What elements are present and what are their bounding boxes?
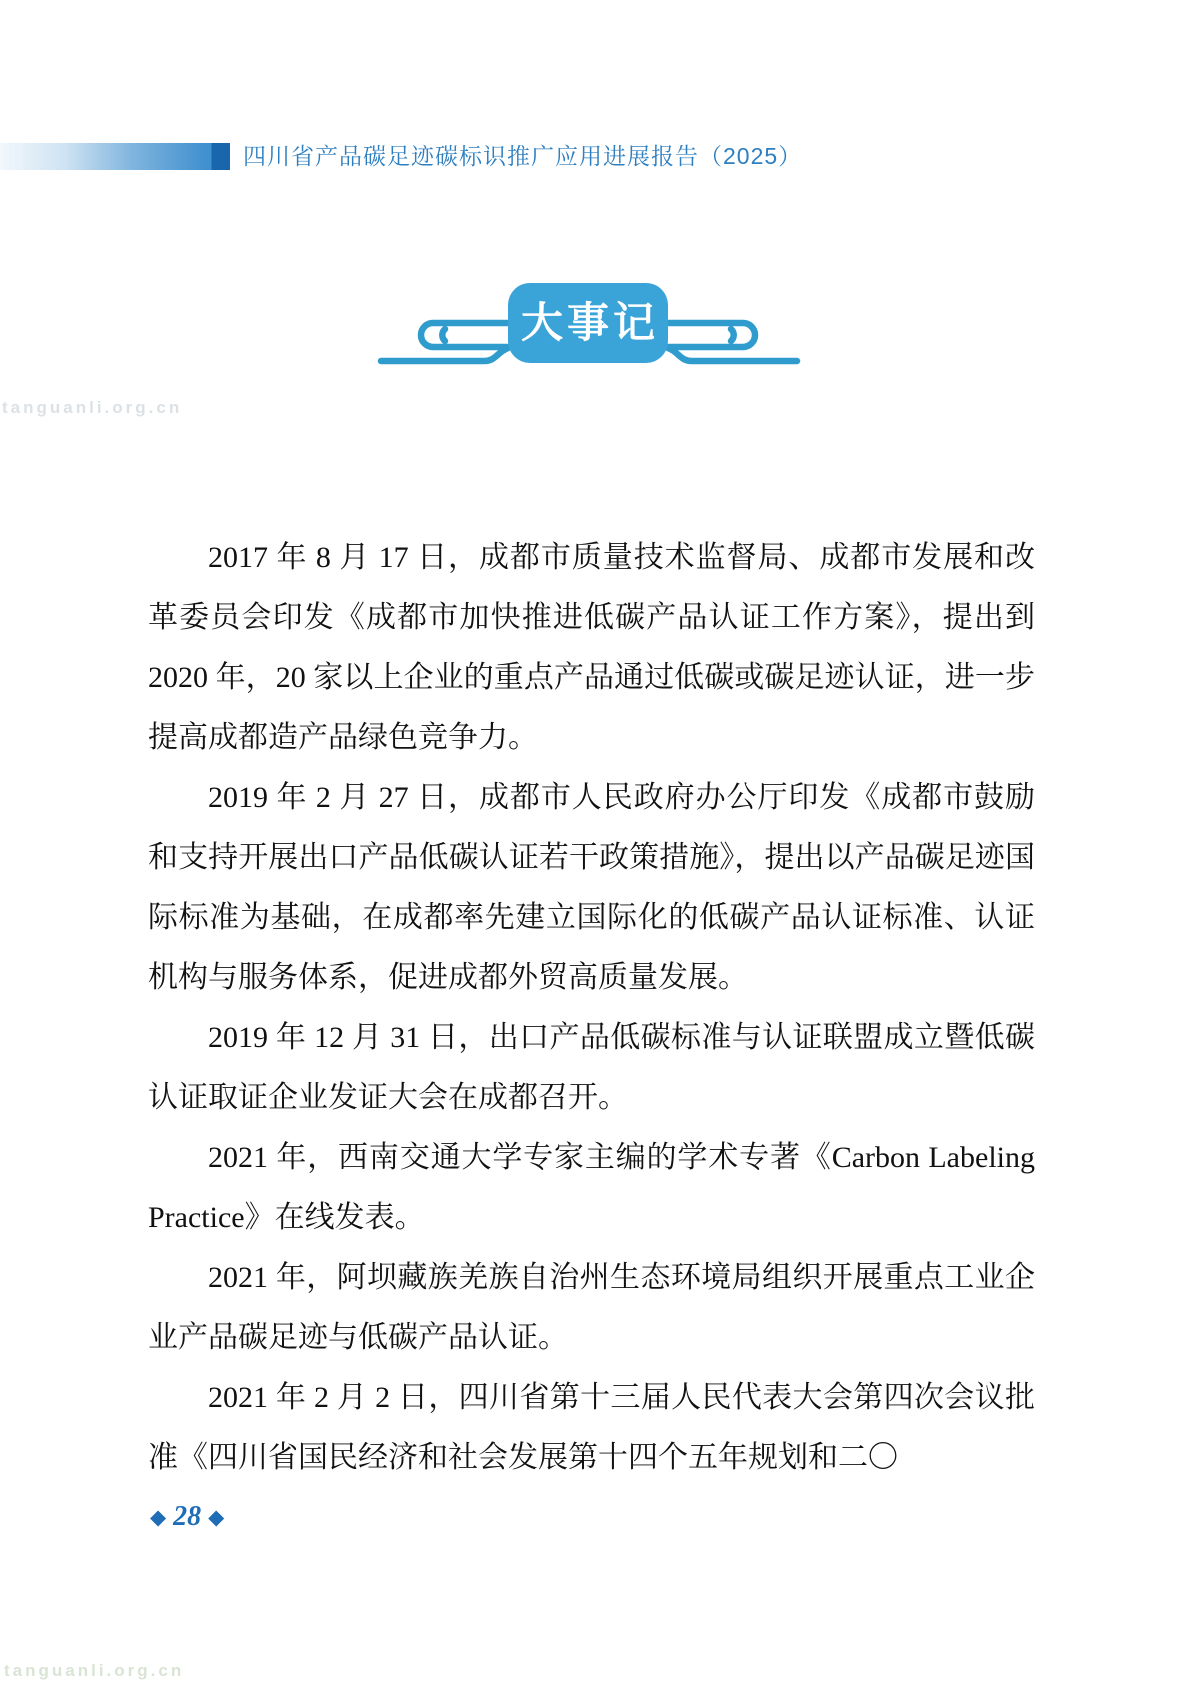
timeline-paragraph: 2019 年 2 月 27 日，成都市人民政府办公厅印发《成都市鼓励和支持开展出…: [148, 768, 1035, 1008]
timeline-body: 2017 年 8 月 17 日，成都市质量技术监督局、成都市发展和改革委员会印发…: [148, 528, 1035, 1488]
scroll-left-roll-icon: [442, 329, 445, 341]
report-page: 四川省产品碳足迹碳标识推广应用进展报告（2025） tanguanli.org.…: [0, 0, 1190, 1683]
section-title-badge: 大事记: [508, 283, 668, 363]
section-heading-decoration: 大事记: [368, 250, 808, 380]
timeline-paragraph: 2021 年，西南交通大学专家主编的学术专著《Carbon Labeling P…: [148, 1128, 1035, 1248]
timeline-paragraph: 2019 年 12 月 31 日，出口产品低碳标准与认证联盟成立暨低碳认证取证企…: [148, 1008, 1035, 1128]
diamond-icon: ◆: [150, 1507, 166, 1528]
scroll-right-capsule: [663, 323, 755, 347]
timeline-paragraph: 2017 年 8 月 17 日，成都市质量技术监督局、成都市发展和改革委员会印发…: [148, 528, 1035, 768]
header-accent-bar: [0, 143, 230, 170]
page-footer: ◆ 28 ◆: [150, 1503, 224, 1531]
watermark-text-top: tanguanli.org.cn: [2, 398, 182, 418]
page-header-title: 四川省产品碳足迹碳标识推广应用进展报告（2025）: [243, 143, 802, 170]
section-title-label: 大事记: [517, 302, 659, 344]
timeline-paragraph: 2021 年 2 月 2 日，四川省第十三届人民代表大会第四次会议批准《四川省国…: [148, 1368, 1035, 1488]
timeline-paragraph: 2021 年，阿坝藏族羌族自治州生态环境局组织开展重点工业企业产品碳足迹与低碳产…: [148, 1248, 1035, 1368]
scroll-right-roll-icon: [731, 329, 734, 341]
diamond-icon: ◆: [208, 1507, 224, 1528]
page-number: 28: [173, 1503, 201, 1531]
watermark-text-bottom: tanguanli.org.cn: [4, 1661, 184, 1681]
scroll-left-capsule: [421, 323, 513, 347]
